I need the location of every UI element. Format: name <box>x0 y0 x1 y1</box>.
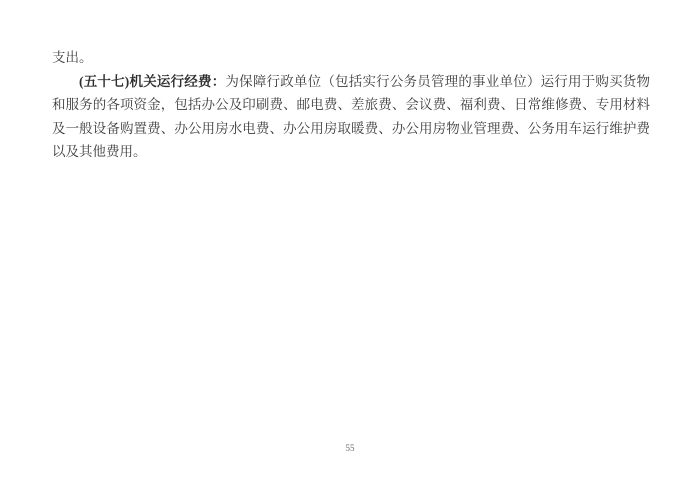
document-page: 支出。 (五十七)机关运行经费：为保障行政单位（包括实行公务员管理的事业单位）运… <box>0 0 700 483</box>
item-heading: (五十七)机关运行经费： <box>79 74 225 89</box>
document-body: 支出。 (五十七)机关运行经费：为保障行政单位（包括实行公务员管理的事业单位）运… <box>52 46 650 164</box>
paragraph-continuation: 支出。 <box>52 46 650 70</box>
page-number: 55 <box>0 442 700 454</box>
paragraph-item-57: (五十七)机关运行经费：为保障行政单位（包括实行公务员管理的事业单位）运行用于购… <box>52 70 650 164</box>
